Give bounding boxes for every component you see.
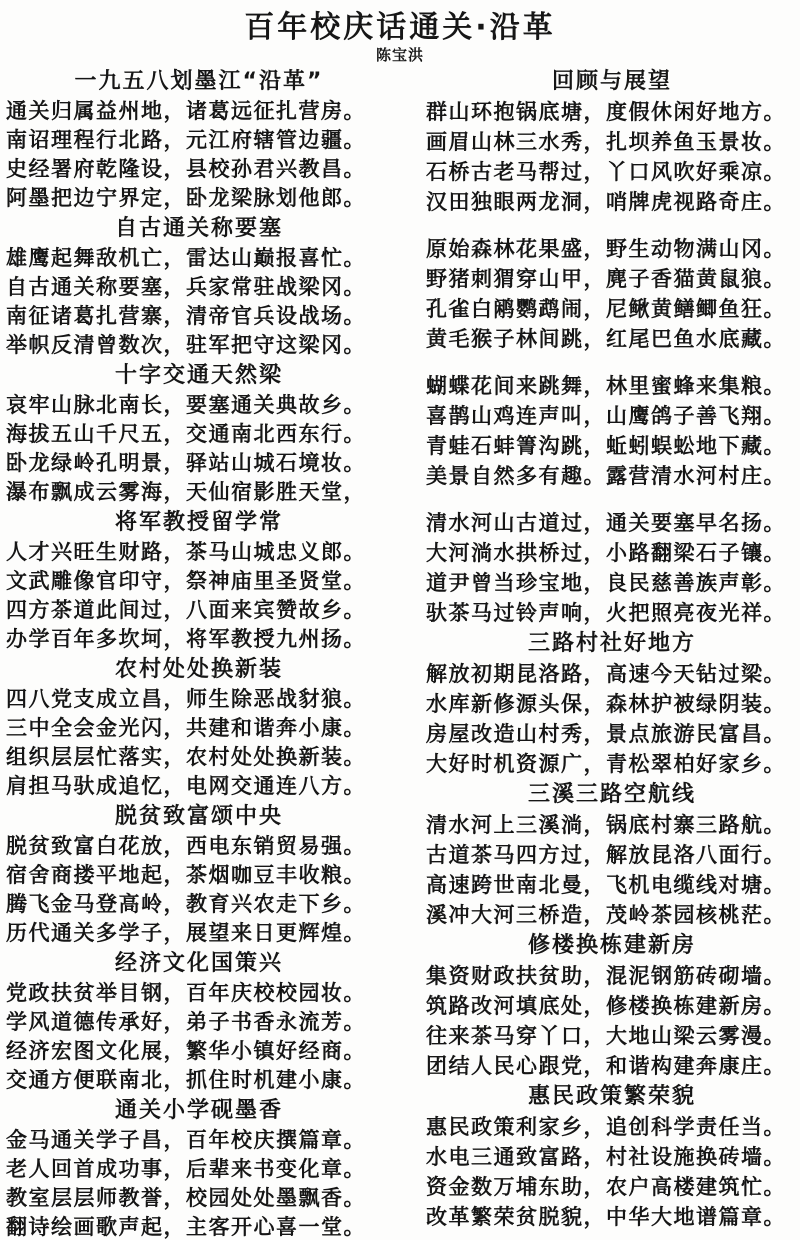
verse-line: 群山环抱锅底塘，度假休闲好地方。 bbox=[426, 97, 798, 127]
poem-section: 农村处处换新装四八党支成立昌，师生除恶战豺狼。三中全会金光闪，共建和谐奔小康。组… bbox=[6, 654, 392, 801]
verse-line: 南诏理程行北路，元江府辖管边疆。 bbox=[6, 126, 392, 155]
section-heading: 十字交通天然梁 bbox=[6, 360, 392, 391]
verse-line: 人才兴旺生财路，茶马山城忠义郎。 bbox=[6, 538, 392, 567]
verse-line: 蝴蝶花间来跳舞，林里蜜蜂来集粮。 bbox=[426, 371, 798, 401]
poem-section: 修楼换栋建新房集资财政扶贫助，混泥钢筋砖砌墙。筑路改河填底处，修楼换栋建新房。往… bbox=[426, 930, 798, 1081]
verse-line: 往来茶马穿丫口，大地山梁云雾漫。 bbox=[426, 1021, 798, 1051]
verse-line: 大好时机资源广，青松翠柏好家乡。 bbox=[426, 749, 798, 779]
poem-section: 回顾与展望群山环抱锅底塘，度假休闲好地方。画眉山林三水秀，扎坝养鱼玉景妆。石桥古… bbox=[426, 66, 798, 217]
poem-section: 脱贫致富颂中央脱贫致富白花放，西电东销贸易强。宿舍商搂平地起，茶烟咖豆丰收粮。腾… bbox=[6, 801, 392, 948]
verse-line: 野猪刺猬穿山甲，麂子香猫黄鼠狼。 bbox=[426, 264, 798, 294]
section-heading: 惠民政策繁荣貌 bbox=[426, 1081, 798, 1112]
poem-section: 自古通关称要塞雄鹰起舞敌机亡，雷达山巅报喜忙。自古通关称要塞，兵家常驻战梁冈。南… bbox=[6, 213, 392, 360]
poem-section: 经济文化国策兴党政扶贫举目钢，百年庆校校园妆。学风道德传承好，弟子书香永流芳。经… bbox=[6, 948, 392, 1095]
verse-line: 金马通关学子昌，百年校庆撰篇章。 bbox=[6, 1126, 392, 1155]
verse-line: 清水河山古道过，通关要塞早名扬。 bbox=[426, 508, 798, 538]
verse-line: 美景自然多有趣。露营清水河村庄。 bbox=[426, 461, 798, 491]
verse-line: 翻诗绘画歌声起，主客开心喜一堂。 bbox=[6, 1213, 392, 1240]
verse-line: 瀑布飘成云雾海，天仙宿影胜天堂， bbox=[6, 478, 392, 507]
verse-line: 肩担马驮成追忆，电网交通连八方。 bbox=[6, 772, 392, 801]
poem-section: 清水河山古道过，通关要塞早名扬。大河淌水拱桥过，小路翻梁石子镶。道尹曾当珍宝地，… bbox=[426, 508, 798, 628]
verse-line: 驮茶马过铃声响，火把照亮夜光祥。 bbox=[426, 598, 798, 628]
section-heading: 修楼换栋建新房 bbox=[426, 930, 798, 961]
verse-line: 改革繁荣贫脱貌，中华大地谱篇章。 bbox=[426, 1202, 798, 1232]
section-heading: 自古通关称要塞 bbox=[6, 213, 392, 244]
verse-line: 老人回首成功事，后辈来书变化章。 bbox=[6, 1155, 392, 1184]
verse-line: 阿墨把边宁界定，卧龙梁脉划他郎。 bbox=[6, 184, 392, 213]
poem-section: 通关小学砚墨香金马通关学子昌，百年校庆撰篇章。老人回首成功事，后辈来书变化章。教… bbox=[6, 1095, 392, 1240]
poem-section: 三溪三路空航线清水河上三溪淌，锅底村寨三路航。古道茶马四方过，解放昆洛八面行。高… bbox=[426, 779, 798, 930]
verse-line: 清水河上三溪淌，锅底村寨三路航。 bbox=[426, 810, 798, 840]
verse-line: 大河淌水拱桥过，小路翻梁石子镶。 bbox=[426, 538, 798, 568]
verse-line: 惠民政策利家乡，追创科学责任当。 bbox=[426, 1112, 798, 1142]
verse-line: 房屋改造山村秀，景点旅游民富昌。 bbox=[426, 719, 798, 749]
verse-line: 教室层层师教誉，校园处处墨飘香。 bbox=[6, 1184, 392, 1213]
verse-line: 古道茶马四方过，解放昆洛八面行。 bbox=[426, 840, 798, 870]
verse-line: 办学百年多坎坷，将军教授九州扬。 bbox=[6, 625, 392, 654]
verse-line: 史经署府乾隆设，县校孙君兴教昌。 bbox=[6, 155, 392, 184]
verse-line: 卧龙绿岭孔明景，驿站山城石境妆。 bbox=[6, 449, 392, 478]
verse-line: 党政扶贫举目钢，百年庆校校园妆。 bbox=[6, 979, 392, 1008]
verse-line: 历代通关多学子，展望来日更辉煌。 bbox=[6, 919, 392, 948]
poem-page: 百年校庆话通关·沿革 陈宝洪 一九五八划墨江“沿革”通关归属益州地，诸葛远征扎营… bbox=[0, 0, 800, 1240]
poem-section: 将军教授留学常人才兴旺生财路，茶马山城忠义郎。文武雕像官印守，祭神庙里圣贤堂。四… bbox=[6, 507, 392, 654]
verse-line: 石桥古老马帮过，丫口风吹好乘凉。 bbox=[426, 157, 798, 187]
verse-line: 汉田独眼两龙洞，哨牌虎视路奇庄。 bbox=[426, 187, 798, 217]
verse-line: 哀牢山脉北南长，要塞通关典故乡。 bbox=[6, 391, 392, 420]
verse-line: 水库新修源头保，森林护被绿阴装。 bbox=[426, 689, 798, 719]
poem-section: 十字交通天然梁哀牢山脉北南长，要塞通关典故乡。海拔五山千尺五，交通南北西东行。卧… bbox=[6, 360, 392, 507]
verse-line: 脱贫致富白花放，西电东销贸易强。 bbox=[6, 832, 392, 861]
verse-line: 原始森林花果盛，野生动物满山冈。 bbox=[426, 234, 798, 264]
verse-line: 交通方便联南北，抓住时机建小康。 bbox=[6, 1066, 392, 1095]
poem-section: 原始森林花果盛，野生动物满山冈。野猪刺猬穿山甲，麂子香猫黄鼠狼。孔雀白鹇鹦鹉闹，… bbox=[426, 234, 798, 354]
right-column: 回顾与展望群山环抱锅底塘，度假休闲好地方。画眉山林三水秀，扎坝养鱼玉景妆。石桥古… bbox=[400, 66, 800, 1240]
section-heading: 通关小学砚墨香 bbox=[6, 1095, 392, 1126]
verse-line: 文武雕像官印守，祭神庙里圣贤堂。 bbox=[6, 567, 392, 596]
section-heading: 农村处处换新装 bbox=[6, 654, 392, 685]
verse-line: 筑路改河填底处，修楼换栋建新房。 bbox=[426, 991, 798, 1021]
verse-line: 南征诸葛扎营寨，清帝官兵设战场。 bbox=[6, 302, 392, 331]
verse-line: 解放初期昆洛路，高速今天钻过梁。 bbox=[426, 659, 798, 689]
poem-section: 三路村社好地方解放初期昆洛路，高速今天钻过梁。水库新修源头保，森林护被绿阴装。房… bbox=[426, 628, 798, 779]
verse-line: 道尹曾当珍宝地，良民慈善族声彰。 bbox=[426, 568, 798, 598]
section-heading: 三路村社好地方 bbox=[426, 628, 798, 659]
verse-line: 团结人民心跟党，和谐构建奔康庄。 bbox=[426, 1051, 798, 1081]
verse-line: 集资财政扶贫助，混泥钢筋砖砌墙。 bbox=[426, 961, 798, 991]
verse-line: 四八党支成立昌，师生除恶战豺狼。 bbox=[6, 685, 392, 714]
verse-line: 水电三通致富路，村社设施换砖墙。 bbox=[426, 1142, 798, 1172]
verse-line: 孔雀白鹇鹦鹉闹，尼鳅黄鳝鲫鱼狂。 bbox=[426, 294, 798, 324]
verse-line: 学风道德传承好，弟子书香永流芳。 bbox=[6, 1008, 392, 1037]
verse-line: 溪冲大河三桥造，茂岭茶园核桃茫。 bbox=[426, 900, 798, 930]
section-heading: 将军教授留学常 bbox=[6, 507, 392, 538]
verse-line: 海拔五山千尺五，交通南北西东行。 bbox=[6, 420, 392, 449]
verse-line: 举帜反清曾数次，驻军把守这梁冈。 bbox=[6, 331, 392, 360]
verse-line: 宿舍商搂平地起，茶烟咖豆丰收粮。 bbox=[6, 861, 392, 890]
verse-line: 组织层层忙落实，农村处处换新装。 bbox=[6, 743, 392, 772]
verse-line: 腾飞金马登高岭，教育兴农走下乡。 bbox=[6, 890, 392, 919]
verse-line: 通关归属益州地，诸葛远征扎营房。 bbox=[6, 97, 392, 126]
verse-line: 高速跨世南北曼，飞机电缆线对塘。 bbox=[426, 870, 798, 900]
verse-line: 经济宏图文化展，繁华小镇好经商。 bbox=[6, 1037, 392, 1066]
poem-section: 蝴蝶花间来跳舞，林里蜜蜂来集粮。喜鹊山鸡连声叫，山鹰鸽子善飞翔。青蛙石蚌箐沟跳，… bbox=[426, 371, 798, 491]
section-heading: 一九五八划墨江“沿革” bbox=[6, 66, 392, 97]
left-column: 一九五八划墨江“沿革”通关归属益州地，诸葛远征扎营房。南诏理程行北路，元江府辖管… bbox=[0, 66, 400, 1240]
verse-line: 资金数万埔东助，农户高楼建筑忙。 bbox=[426, 1172, 798, 1202]
verse-line: 青蛙石蚌箐沟跳，蚯蚓蜈蚣地下藏。 bbox=[426, 431, 798, 461]
page-title: 百年校庆话通关·沿革 bbox=[0, 0, 800, 46]
verse-line: 雄鹰起舞敌机亡，雷达山巅报喜忙。 bbox=[6, 244, 392, 273]
poem-section: 惠民政策繁荣貌惠民政策利家乡，追创科学责任当。水电三通致富路，村社设施换砖墙。资… bbox=[426, 1081, 798, 1232]
verse-line: 黄毛猴子林间跳，红尾巴鱼水底藏。 bbox=[426, 324, 798, 354]
section-heading: 经济文化国策兴 bbox=[6, 948, 392, 979]
author-byline: 陈宝洪 bbox=[0, 46, 800, 64]
section-heading: 脱贫致富颂中央 bbox=[6, 801, 392, 832]
section-heading: 三溪三路空航线 bbox=[426, 779, 798, 810]
verse-line: 自古通关称要塞，兵家常驻战梁冈。 bbox=[6, 273, 392, 302]
section-heading: 回顾与展望 bbox=[426, 66, 798, 97]
verse-line: 四方茶道此间过，八面来宾赞故乡。 bbox=[6, 596, 392, 625]
verse-line: 喜鹊山鸡连声叫，山鹰鸽子善飞翔。 bbox=[426, 401, 798, 431]
poem-section: 一九五八划墨江“沿革”通关归属益州地，诸葛远征扎营房。南诏理程行北路，元江府辖管… bbox=[6, 66, 392, 213]
verse-line: 三中全会金光闪，共建和谐奔小康。 bbox=[6, 714, 392, 743]
poem-columns: 一九五八划墨江“沿革”通关归属益州地，诸葛远征扎营房。南诏理程行北路，元江府辖管… bbox=[0, 66, 800, 1240]
verse-line: 画眉山林三水秀，扎坝养鱼玉景妆。 bbox=[426, 127, 798, 157]
